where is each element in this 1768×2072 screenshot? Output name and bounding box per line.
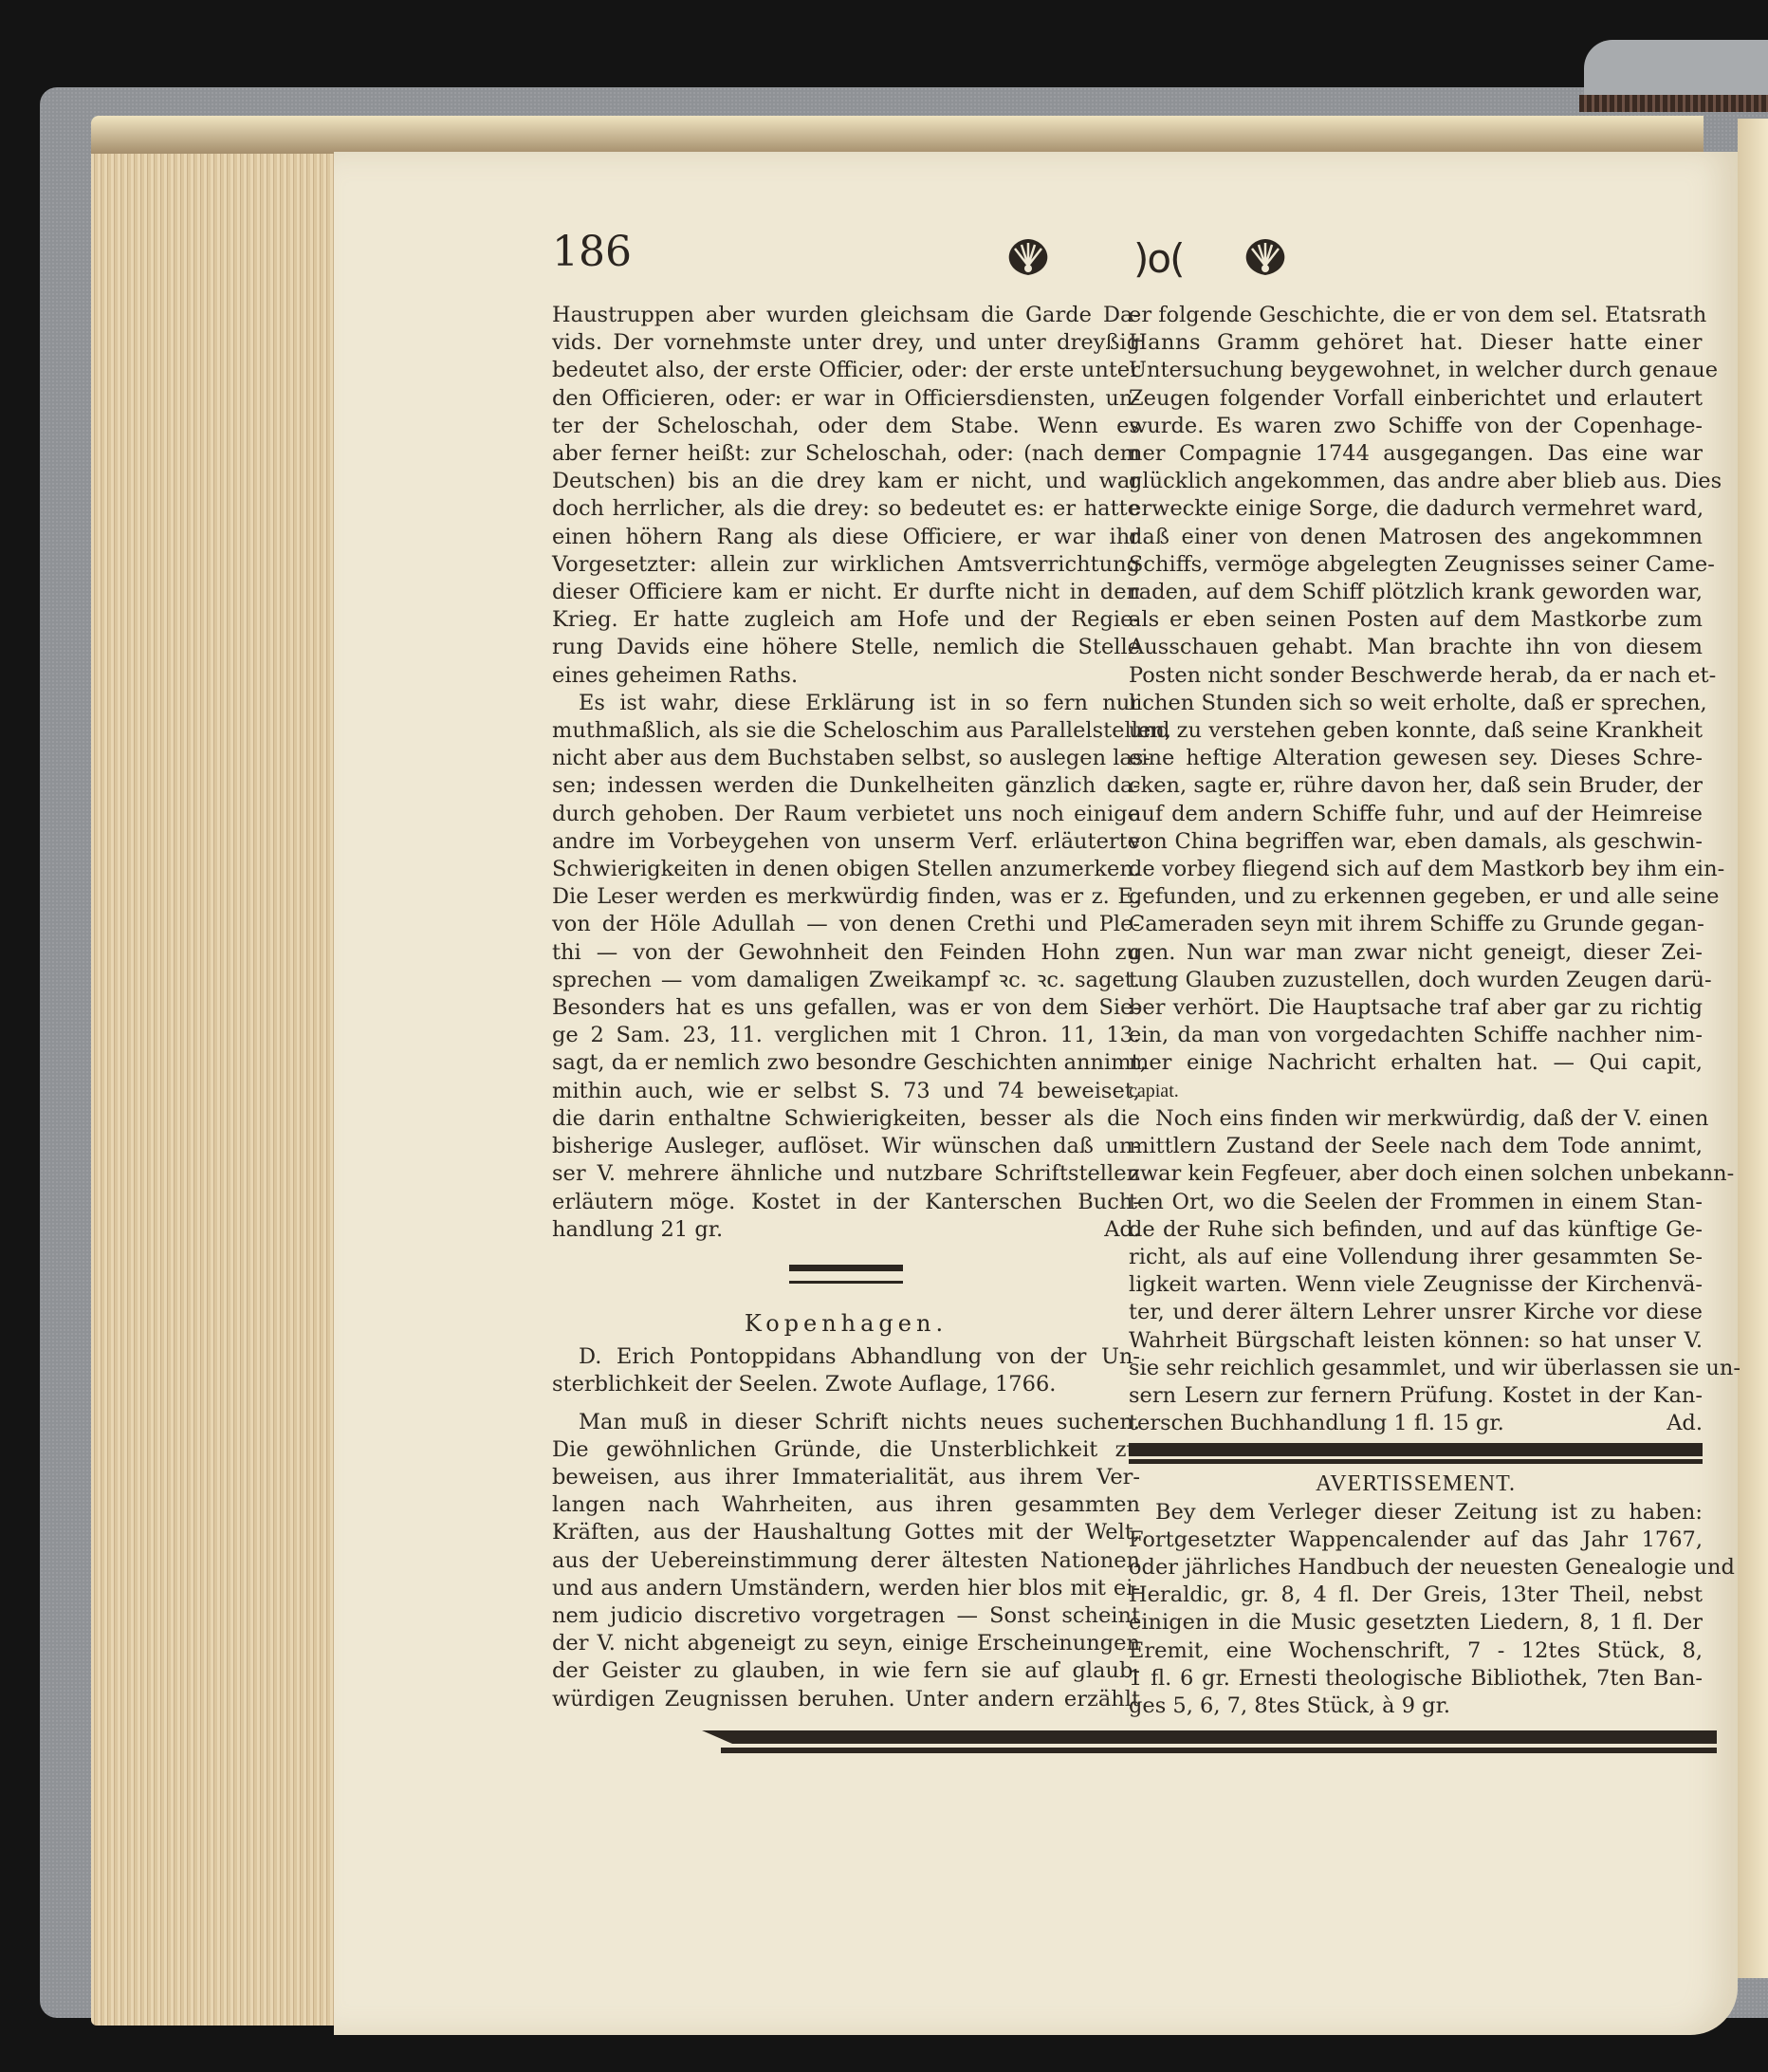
text-line: durch gehoben. Der Raum verbietet uns no… [552, 801, 1140, 828]
text-line: mer einige Nachricht erhalten hat. — Qui… [1129, 1049, 1703, 1077]
price-text: handlung 21 gr. [552, 1216, 723, 1244]
text-line: 1 fl. 6 gr. Ernesti theologische Bibliot… [1129, 1665, 1703, 1693]
text-line: sen; indessen werden die Dunkelheiten gä… [552, 772, 1140, 800]
review2-continuation: er folgende Geschichte, die er von dem s… [1129, 302, 1703, 1105]
text-line: muthmaßlich, als sie die Scheloschim aus… [552, 717, 1140, 745]
text-line: Es ist wahr, diese Erklärung ist in so f… [552, 690, 1140, 717]
text-line: Eremit, eine Wochenschrift, 7 - 12tes St… [1129, 1637, 1703, 1665]
text-line: Deutschen) bis an die drey kam er nicht,… [552, 468, 1140, 495]
reviewer-signature: Ad. [1667, 1410, 1703, 1437]
page-header: 186 )o( [552, 228, 1709, 294]
text-line: sprechen — vom damaligen Zweikampf ꝛc. ꝛ… [552, 967, 1140, 994]
text-line: rung Davids eine höhere Stelle, nemlich … [552, 634, 1140, 661]
text-line: ges 5, 6, 7, 8tes Stück, à 9 gr. [1129, 1693, 1703, 1720]
shell-ornament-icon [1243, 237, 1288, 279]
text-line: doch herrlicher, als die drey: so bedeut… [552, 495, 1140, 523]
text-line: lichen Stunden sich so weit erholte, daß… [1129, 690, 1703, 717]
text-line: glücklich angekommen, das andre aber bli… [1129, 468, 1703, 495]
text-line: aber ferner heißt: zur Scheloschah, oder… [552, 440, 1140, 468]
text-line: und aus andern Umständern, werden hier b… [552, 1575, 1140, 1602]
text-line: einigen in die Music gesetzten Liedern, … [1129, 1609, 1703, 1637]
text-line: würdigen Zeugnissen beruhen. Unter ander… [552, 1686, 1140, 1713]
price-signature-row: handlung 21 gr. Ad. [552, 1216, 1140, 1244]
text-line: thi — von der Gewohnheit den Feinden Hoh… [552, 939, 1140, 967]
review2-body: Man muß in dieser Schrift nichts neues s… [552, 1409, 1140, 1713]
text-line: gefunden, und zu erkennen gegeben, er un… [1129, 883, 1703, 911]
text-line: langen nach Wahrheiten, aus ihren gesamm… [552, 1491, 1140, 1519]
text-line: ten Ort, wo die Seelen der Frommen in ei… [1129, 1189, 1703, 1216]
text-line: sagt, da er nemlich zwo besondre Geschic… [552, 1049, 1140, 1077]
text-line: Haustruppen aber wurden gleichsam die Ga… [552, 302, 1140, 329]
text-line: Die gewöhnlichen Gründe, die Unsterblich… [552, 1436, 1140, 1464]
text-line: Ausschauen gehabt. Man brachte ihn von d… [1129, 634, 1703, 661]
text-line: Untersuchung beygewohnet, in welcher dur… [1129, 357, 1703, 384]
text-line: richt, als auf eine Vollendung ihrer ges… [1129, 1244, 1703, 1271]
text-line: tung Glauben zuzustellen, doch wurden Ze… [1129, 967, 1703, 994]
text-line: Posten nicht sonder Beschwerde herab, da… [1129, 662, 1703, 690]
price-text: terschen Buchhandlung 1 fl. 15 gr. [1129, 1410, 1504, 1437]
text-line: ser V. mehrere ähnliche und nutzbare Sch… [552, 1160, 1140, 1188]
text-line: Wahrheit Bürgschaft leisten können: so h… [1129, 1327, 1703, 1355]
text-line: Besonders hat es uns gefallen, was er vo… [552, 994, 1140, 1022]
text-line: ter der Scheloschah, oder dem Stabe. Wen… [552, 413, 1140, 440]
text-line: gen. Nun war man zwar nicht geneigt, die… [1129, 939, 1703, 967]
text-line: zwar kein Fegfeuer, aber doch einen solc… [1129, 1160, 1703, 1188]
text-line: Vorgesetzter: allein zur wirklichen Amts… [552, 551, 1140, 579]
text-line: eine heftige Alteration gewesen sey. Die… [1129, 745, 1703, 772]
text-line: Heraldic, gr. 8, 4 fl. Der Greis, 13ter … [1129, 1582, 1703, 1609]
right-column: er folgende Geschichte, die er von dem s… [1129, 302, 1703, 1720]
text-line: cken, sagte er, rühre davon her, daß sei… [1129, 772, 1703, 800]
text-line: sie sehr reichlich gesammlet, und wir üb… [1129, 1355, 1703, 1382]
text-line: D. Erich Pontoppidans Abhandlung von der… [552, 1343, 1140, 1371]
text-line: sern Lesern zur fernern Prüfung. Kostet … [1129, 1382, 1703, 1410]
text-line: de der Ruhe sich befinden, und auf das k… [1129, 1216, 1703, 1244]
text-line: eines geheimen Raths. [552, 662, 1140, 690]
text-line: ter, und derer ältern Lehrer unsrer Kirc… [1129, 1299, 1703, 1326]
text-line: bisherige Ausleger, auflöset. Wir wünsch… [552, 1133, 1140, 1160]
review1-continuation: Haustruppen aber wurden gleichsam die Ga… [552, 302, 1140, 690]
text-line: erläutern möge. Kostet in der Kantersche… [552, 1189, 1140, 1216]
text-line: andre im Vorbeygehen von unserm Verf. er… [552, 828, 1140, 856]
text-line: Die Leser werden es merkwürdig finden, w… [552, 883, 1140, 911]
book-title: D. Erich Pontoppidans Abhandlung von der… [552, 1343, 1140, 1398]
text-line: beweisen, aus ihrer Immaterialität, aus … [552, 1464, 1140, 1491]
text-line: Cameraden seyn mit ihrem Schiffe zu Grun… [1129, 911, 1703, 938]
text-line: der V. nicht abgeneigt zu seyn, einige E… [552, 1630, 1140, 1657]
text-line: den Officieren, oder: er war in Officier… [552, 385, 1140, 413]
text-line: Zeugen folgender Vorfall einberichtet un… [1129, 385, 1703, 413]
text-line: bedeutet also, der erste Officier, oder:… [552, 357, 1140, 384]
page-end-rule [702, 1730, 1717, 1744]
text-line: capiat. [1129, 1078, 1703, 1105]
text-line: von China begriffen war, eben damals, al… [1129, 828, 1703, 856]
text-line: vids. Der vornehmste unter drey, und unt… [552, 329, 1140, 357]
text-line: daß einer von denen Matrosen des angekom… [1129, 524, 1703, 551]
shell-ornament-icon [1005, 237, 1051, 279]
text-line: Schwierigkeiten in denen obigen Stellen … [552, 856, 1140, 883]
text-line: ligkeit warten. Wenn viele Zeugnisse der… [1129, 1271, 1703, 1299]
text-line: ge 2 Sam. 23, 11. verglichen mit 1 Chron… [552, 1022, 1140, 1049]
text-line: nicht aber aus dem Buchstaben selbst, so… [552, 745, 1140, 772]
text-line: Noch eins finden wir merkwürdig, daß der… [1129, 1105, 1703, 1133]
text-line: die darin enthaltne Schwierigkeiten, bes… [552, 1105, 1140, 1133]
text-line: sterblichkeit der Seelen. Zwote Auflage,… [552, 1371, 1140, 1398]
page-stack-top-edge [91, 116, 1704, 154]
text-line: Kräften, aus der Haushaltung Gottes mit … [552, 1519, 1140, 1546]
text-line: erweckte einige Sorge, die dadurch verme… [1129, 495, 1703, 523]
text-line: ber verhört. Die Hauptsache traf aber ga… [1129, 994, 1703, 1022]
text-line: der Geister zu glauben, in wie fern sie … [552, 1657, 1140, 1685]
text-line: de vorbey fliegend sich auf dem Mastkorb… [1129, 856, 1703, 883]
text-line: nem judicio discretivo vorgetragen — Son… [552, 1602, 1140, 1630]
text-line: dieser Officiere kam er nicht. Er durfte… [552, 579, 1140, 606]
text-line: Krieg. Er hatte zugleich am Hofe und der… [552, 606, 1140, 634]
review2-paragraph-2: Noch eins finden wir merkwürdig, daß der… [1129, 1105, 1703, 1437]
text-line: Hanns Gramm gehöret hat. Dieser hatte ei… [1129, 329, 1703, 357]
text-line: und zu verstehen geben konnte, daß seine… [1129, 717, 1703, 745]
page-end-rule-thin [721, 1748, 1717, 1753]
text-line: mithin auch, wie er selbst S. 73 und 74 … [552, 1078, 1140, 1105]
text-line: ein, da man von vorgedachten Schiffe nac… [1129, 1022, 1703, 1049]
text-line: einen höhern Rang als diese Officiere, e… [552, 524, 1140, 551]
text-line: Man muß in dieser Schrift nichts neues s… [552, 1409, 1140, 1436]
headband [1579, 95, 1768, 112]
section-place-heading: Kopenhagen. [552, 1310, 1140, 1338]
text-line: als er eben seinen Posten auf dem Mastko… [1129, 606, 1703, 634]
header-center-glyph: )o( [1133, 235, 1183, 282]
page-stack-edge [91, 119, 376, 2026]
text-line: oder jährliches Handbuch der neuesten Ge… [1129, 1554, 1703, 1582]
review1-paragraph-2: Es ist wahr, diese Erklärung ist in so f… [552, 690, 1140, 1244]
text-line: wurde. Es waren zwo Schiffe von der Cope… [1129, 413, 1703, 440]
advert-body: Bey dem Verleger dieser Zeitung ist zu h… [1129, 1499, 1703, 1721]
price-signature-row: terschen Buchhandlung 1 fl. 15 gr. Ad. [1129, 1410, 1703, 1437]
text-line: auf dem andern Schiffe fuhr, und auf der… [1129, 801, 1703, 828]
text-line: Fortgesetzter Wappencalender auf das Jah… [1129, 1526, 1703, 1554]
page-number: 186 [552, 228, 632, 276]
facing-page-edge [1738, 119, 1768, 1978]
left-column: Haustruppen aber wurden gleichsam die Ga… [552, 302, 1140, 1713]
advert-heading: AVERTISSEMENT. [1129, 1471, 1703, 1498]
text-line: Schiffs, vermöge abgelegten Zeugnisses s… [1129, 551, 1703, 579]
text-line: mittlern Zustand der Seele nach dem Tode… [1129, 1133, 1703, 1160]
advert-separator-rule [1129, 1443, 1703, 1459]
text-line: aus der Uebereinstimmung derer ältesten … [552, 1547, 1140, 1575]
text-line: er folgende Geschichte, die er von dem s… [1129, 302, 1703, 329]
text-line: ner Compagnie 1744 ausgegangen. Das eine… [1129, 440, 1703, 468]
text-line: Bey dem Verleger dieser Zeitung ist zu h… [1129, 1499, 1703, 1526]
text-line: raden, auf dem Schiff plötzlich krank ge… [1129, 579, 1703, 606]
section-divider [789, 1265, 903, 1284]
text-line: von der Höle Adullah — von denen Crethi … [552, 911, 1140, 938]
